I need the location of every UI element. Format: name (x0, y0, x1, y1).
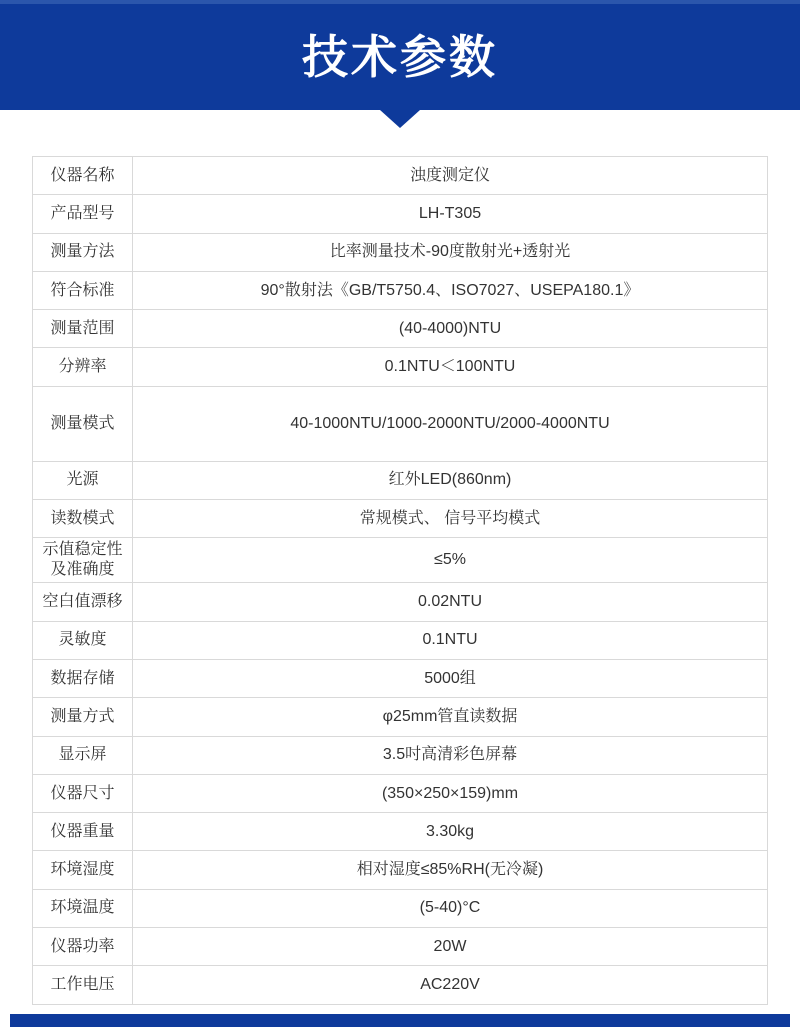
spec-row: 测量范围(40-4000)NTU (33, 309, 767, 347)
spec-value: 常规模式、 信号平均模式 (133, 500, 767, 537)
header-pointer-triangle (380, 110, 420, 128)
spec-value: 0.02NTU (133, 583, 767, 620)
spec-label: 读数模式 (33, 500, 133, 537)
spec-row: 测量方式φ25mm管直读数据 (33, 697, 767, 735)
spec-label-line1: 环境温度 (50, 898, 114, 918)
spec-label: 空白值漂移 (33, 583, 133, 620)
spec-table: 仪器名称浊度测定仪产品型号LH-T305测量方法比率测量技术-90度散射光+透射… (32, 156, 768, 1005)
spec-row: 读数模式常规模式、 信号平均模式 (33, 499, 767, 537)
spec-row: 灵敏度0.1NTU (33, 621, 767, 659)
spec-label: 分辨率 (33, 348, 133, 385)
spec-label-line1: 仪器重量 (50, 822, 114, 842)
spec-label: 测量方式 (33, 698, 133, 735)
spec-label-line1: 示值稳定性 (42, 540, 122, 560)
spec-value: 40-1000NTU/1000-2000NTU/2000-4000NTU (133, 387, 767, 461)
spec-label-line1: 测量模式 (50, 414, 114, 434)
spec-label: 测量方法 (33, 234, 133, 271)
section-header: 技术参数 (0, 0, 800, 110)
spec-value: 红外LED(860nm) (133, 462, 767, 499)
spec-value: 90°散射法《GB/T5750.4、ISO7027、USEPA180.1》 (133, 272, 767, 309)
spec-value: 20W (133, 928, 767, 965)
spec-value: LH-T305 (133, 195, 767, 232)
spec-row: 数据存储5000组 (33, 659, 767, 697)
spec-label-line1: 仪器尺寸 (50, 784, 114, 804)
spec-label-line1: 工作电压 (50, 975, 114, 995)
spec-value: 5000组 (133, 660, 767, 697)
spec-value: 0.1NTU (133, 622, 767, 659)
spec-row: 符合标准90°散射法《GB/T5750.4、ISO7027、USEPA180.1… (33, 271, 767, 309)
spec-row: 环境温度(5-40)°C (33, 889, 767, 927)
spec-label: 数据存储 (33, 660, 133, 697)
spec-value: 3.5吋高清彩色屏幕 (133, 737, 767, 774)
spec-value: (5-40)°C (133, 890, 767, 927)
spec-label-line1: 测量方法 (50, 242, 114, 262)
spec-value: (40-4000)NTU (133, 310, 767, 347)
spec-row: 测量方法比率测量技术-90度散射光+透射光 (33, 233, 767, 271)
spec-row: 分辨率0.1NTU＜100NTU (33, 347, 767, 385)
spec-row: 工作电压AC220V (33, 965, 767, 1003)
spec-row: 光源红外LED(860nm) (33, 461, 767, 499)
spec-row: 示值稳定性及准确度≤5% (33, 537, 767, 582)
spec-value: (350×250×159)mm (133, 775, 767, 812)
spec-label-line1: 读数模式 (50, 509, 114, 529)
spec-label: 示值稳定性及准确度 (33, 538, 133, 582)
spec-label-line1: 仪器名称 (50, 166, 114, 186)
spec-label-line1: 仪器功率 (50, 937, 114, 957)
spec-label-line1: 产品型号 (50, 204, 114, 224)
spec-label: 测量范围 (33, 310, 133, 347)
spec-label: 环境温度 (33, 890, 133, 927)
spec-row: 空白值漂移0.02NTU (33, 582, 767, 620)
spec-label: 测量模式 (33, 387, 133, 461)
spec-label-line2: 及准确度 (50, 560, 114, 580)
spec-label: 灵敏度 (33, 622, 133, 659)
spec-label-line1: 显示屏 (58, 745, 106, 765)
spec-value: ≤5% (133, 538, 767, 582)
spec-label-line1: 符合标准 (50, 281, 114, 301)
spec-value: 3.30kg (133, 813, 767, 850)
spec-label-line1: 测量方式 (50, 707, 114, 727)
page-title: 技术参数 (302, 30, 498, 80)
spec-label: 仪器尺寸 (33, 775, 133, 812)
spec-label-line1: 分辨率 (58, 357, 106, 377)
spec-label: 环境湿度 (33, 851, 133, 888)
spec-row: 仪器重量3.30kg (33, 812, 767, 850)
spec-label-line1: 环境湿度 (50, 860, 114, 880)
spec-row: 仪器功率20W (33, 927, 767, 965)
spec-label: 仪器功率 (33, 928, 133, 965)
spec-label-line1: 空白值漂移 (42, 592, 122, 612)
spec-row: 环境湿度相对湿度≤85%RH(无冷凝) (33, 850, 767, 888)
spec-value: φ25mm管直读数据 (133, 698, 767, 735)
spec-label: 符合标准 (33, 272, 133, 309)
spec-label-line1: 光源 (66, 470, 98, 490)
spec-label: 产品型号 (33, 195, 133, 232)
spec-label: 工作电压 (33, 966, 133, 1003)
spec-label: 显示屏 (33, 737, 133, 774)
spec-value: AC220V (133, 966, 767, 1003)
spec-label: 光源 (33, 462, 133, 499)
spec-label-line1: 灵敏度 (58, 630, 106, 650)
spec-row: 测量模式40-1000NTU/1000-2000NTU/2000-4000NTU (33, 386, 767, 461)
page: 技术参数 仪器名称浊度测定仪产品型号LH-T305测量方法比率测量技术-90度散… (0, 0, 800, 1027)
spec-label-line1: 数据存储 (50, 669, 114, 689)
spec-label-line1: 测量范围 (50, 319, 114, 339)
spec-row: 仪器名称浊度测定仪 (33, 157, 767, 194)
spec-label: 仪器重量 (33, 813, 133, 850)
spec-value: 0.1NTU＜100NTU (133, 348, 767, 385)
spec-row: 产品型号LH-T305 (33, 194, 767, 232)
spec-row: 仪器尺寸(350×250×159)mm (33, 774, 767, 812)
spec-value: 相对湿度≤85%RH(无冷凝) (133, 851, 767, 888)
spec-value: 比率测量技术-90度散射光+透射光 (133, 234, 767, 271)
spec-row: 显示屏3.5吋高清彩色屏幕 (33, 736, 767, 774)
spec-value: 浊度测定仪 (133, 157, 767, 194)
header-top-edge (0, 0, 800, 4)
footer-bar (10, 1014, 790, 1027)
spec-label: 仪器名称 (33, 157, 133, 194)
